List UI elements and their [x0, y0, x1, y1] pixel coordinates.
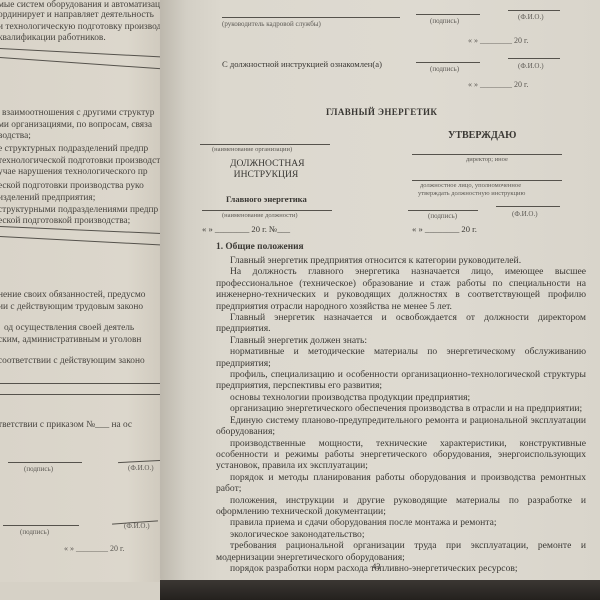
hr-signature-line — [222, 17, 400, 18]
date-line: « » ________ 20 г. — [468, 36, 528, 45]
left-text-line: е структурных подразделений предпр — [0, 144, 148, 154]
document-title: ГЛАВНЫЙ ЭНЕРГЕТИК — [326, 107, 437, 117]
authorized-label-2: утверждать должностную инструкцию — [418, 190, 525, 197]
body-text: Главный энергетик предприятия относится … — [216, 255, 586, 574]
date-line: « » ________ 20 г. — [64, 544, 124, 553]
fio-line — [508, 10, 560, 11]
left-text-line: соответствии с действующим законо — [0, 356, 145, 366]
page-number: 43 — [372, 561, 381, 571]
left-text-line: ским, административным и уголовн — [0, 335, 141, 345]
position-name: Главного энергетика — [226, 194, 307, 204]
director-label: директор; иное — [466, 156, 508, 163]
signature-line — [416, 14, 480, 15]
paragraph: правила приема и сдачи оборудования посл… — [216, 517, 586, 528]
left-text-line: и технологическую подготовку производств… — [0, 22, 178, 32]
approve-title: УТВЕРЖДАЮ — [448, 130, 516, 141]
fill-line — [0, 394, 168, 395]
left-text-line: структурными подразделениями предпр — [0, 205, 158, 215]
fill-line — [0, 383, 168, 384]
left-text-line: изделений предприятия; — [0, 193, 95, 203]
left-text-line: еской подготовки производства руко — [0, 181, 144, 191]
fio-line — [508, 58, 560, 59]
paragraph: производственные мощности, технические х… — [216, 438, 586, 472]
left-text-line: учае нарушения технологического пр — [0, 167, 148, 177]
paragraph: Главный энергетик должен знать: — [216, 335, 586, 346]
number-date-line: « » ________ 20 г. №___ — [202, 224, 290, 234]
fio-label: (Ф.И.О.) — [128, 464, 154, 472]
left-page: мые систем оборудования и автоматизации … — [0, 0, 182, 600]
authorized-label-1: должностное лицо, уполномоченное — [420, 182, 521, 189]
left-text-line: технологической подготовки производства — [0, 156, 169, 166]
left-text-line: взаимоотношения с другими структур — [2, 108, 154, 118]
fio-label: (Ф.И.О.) — [124, 522, 150, 530]
director-line — [412, 154, 562, 155]
left-text-line: квалификации работников. — [0, 33, 106, 43]
signature-label: (подпись) — [430, 17, 459, 25]
paragraph: Главный энергетик назначается и освобожд… — [216, 312, 586, 335]
left-text-line: ии с действующим трудовым законо — [0, 302, 143, 312]
left-text-line: водства; — [0, 131, 31, 141]
section-title: 1. Общие положения — [216, 242, 304, 252]
fill-line — [0, 236, 176, 246]
paragraph: Единую систему планово-предупредительног… — [216, 415, 586, 438]
paragraph: экологическое законодательство; — [216, 529, 586, 540]
left-text-line: ми организациями, по вопросам, связа — [0, 120, 152, 130]
acquainted-label: С должностной инструкцией ознакомлен(а) — [222, 59, 382, 69]
paragraph: нормативные и методические материалы по … — [216, 346, 586, 369]
paragraph: требования рациональной организации труд… — [216, 540, 586, 563]
date-line: « » ________ 20 г. — [468, 80, 528, 89]
signature-label: (подпись) — [20, 528, 49, 536]
left-text-line: од осуществления своей деятель — [4, 323, 134, 333]
left-text-line: мые систем оборудования и автоматизации — [0, 0, 170, 10]
paragraph: профиль, специализацию и особенности орг… — [216, 369, 586, 392]
table-surface — [160, 580, 600, 600]
paragraph: Главный энергетик предприятия относится … — [216, 255, 586, 266]
signature-line — [8, 462, 82, 463]
signature-line — [3, 525, 79, 526]
signature-line — [416, 62, 480, 63]
fio-label: (Ф.И.О.) — [512, 210, 538, 218]
left-text-line: ординирует и направляет деятельность — [0, 10, 154, 20]
instruction-title: ДОЛЖНОСТНАЯ ИНСТРУКЦИЯ — [230, 158, 302, 180]
paragraph: порядок разработки норм расхода топливно… — [216, 563, 586, 574]
fio-line — [118, 460, 162, 463]
left-text-line: нение своих обязанностей, предусмо — [0, 290, 145, 300]
signature-label: (подпись) — [428, 212, 457, 220]
org-line — [200, 144, 330, 145]
paragraph: основы технологии производства продукции… — [216, 392, 586, 403]
left-text-line: еской подготовкой производства; — [0, 216, 130, 226]
signature-label: (подпись) — [24, 465, 53, 473]
instruction-title-line-1: ДОЛЖНОСТНАЯ — [230, 158, 302, 169]
approve-date-line: « » ________ 20 г. — [412, 224, 477, 234]
left-text-line: тветствии с приказом №___ на ос — [0, 420, 132, 430]
left-page-bottom — [0, 582, 182, 600]
org-label: (наименование организации) — [212, 146, 292, 153]
paragraph: На должность главного энергетика назнача… — [216, 266, 586, 312]
fio-label: (Ф.И.О.) — [518, 62, 544, 70]
fio-line — [496, 206, 560, 207]
fill-line — [0, 57, 180, 71]
signature-label: (подпись) — [430, 65, 459, 73]
instruction-title-line-2: ИНСТРУКЦИЯ — [230, 169, 302, 180]
paragraph: положения, инструкции и другие руководящ… — [216, 495, 586, 518]
paragraph: порядок и методы планирования работы обо… — [216, 472, 586, 495]
paragraph: организацию энергетического обеспечения … — [216, 403, 586, 414]
hr-label: (руководитель кадровой службы) — [222, 20, 321, 28]
fill-line — [0, 48, 180, 58]
position-line — [202, 210, 332, 211]
authorized-line — [412, 180, 562, 181]
fio-label: (Ф.И.О.) — [518, 13, 544, 21]
position-label: (наименование должности) — [222, 212, 298, 219]
signature-line — [408, 210, 478, 211]
fill-line — [0, 226, 176, 235]
